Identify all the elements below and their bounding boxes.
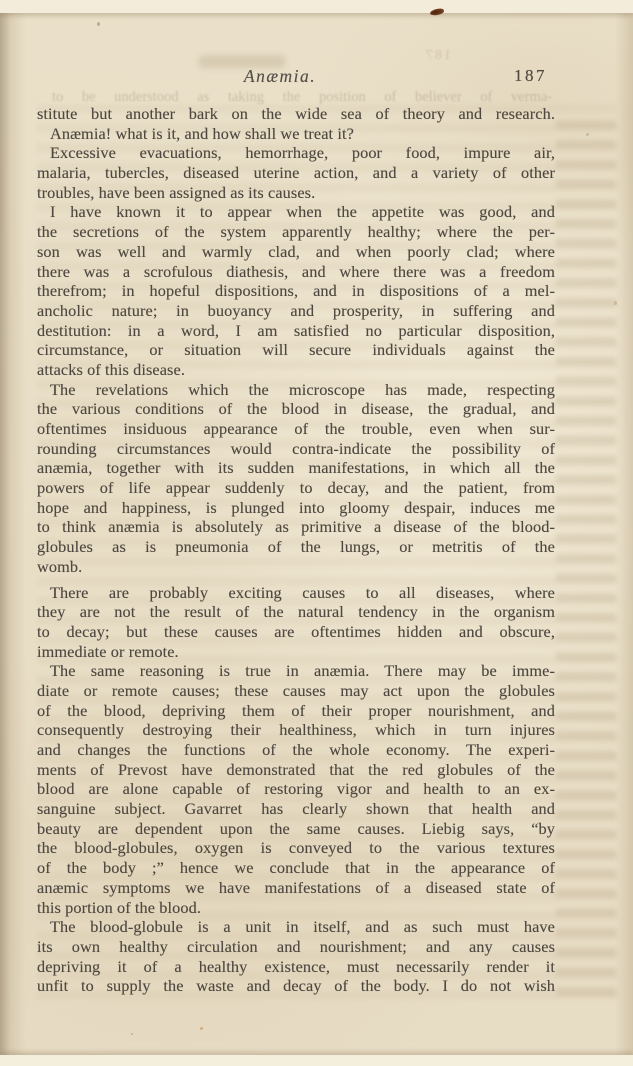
paragraph: Anæmia! what is it, and how shall we tre… [37,124,555,144]
text-line: troubles, have been assigned as its caus… [37,183,555,203]
text-line: they are not the result of the natural t… [37,602,555,622]
text-line: stitute but another bark on the wide sea… [37,104,555,124]
book-page-scan: to be understood as taking the position … [0,0,633,1066]
page-title: Anæmia. [21,66,539,87]
text-line: ments of Prevost have demonstrated that … [37,760,555,780]
paragraph: I have known it to appear when the appet… [37,202,555,379]
bleedthrough-page-number: 187 [424,48,451,64]
text-line: to decay; but these causes are oftentime… [37,622,555,642]
text-line: hope and happiness, is plunged into gloo… [37,498,555,518]
gutter-shadow [0,0,26,1066]
text-block: stitute but another bark on the wide sea… [37,104,555,996]
text-line: sanguine subject. Gavarret has clearly s… [37,799,555,819]
page-number: 187 [514,66,547,86]
text-line: of the blood, depriving them of their pr… [37,701,555,721]
text-line: son was well and warmly clad, and when p… [37,242,555,262]
text-line: The blood-globule is a unit in itself, a… [37,917,555,937]
paragraph: Excessive evacuations, hemorrhage, poor … [37,143,555,202]
foxing-speck [586,133,589,136]
text-line: womb. [37,557,555,577]
adjacent-page-edge-bottom [0,1055,633,1066]
paragraph: The blood-globule is a unit in itself, a… [37,917,555,996]
text-line: the various conditions of the blood in d… [37,399,555,419]
text-line: there was a scrofulous diathesis, and wh… [37,262,555,282]
text-line: malaria, tubercles, diseased uterine act… [37,163,555,183]
paragraph: stitute but another bark on the wide sea… [37,104,555,124]
text-line: beauty are dependent upon the same cause… [37,819,555,839]
text-line: diate or remote causes; these causes may… [37,681,555,701]
bleedthrough-right-margin [556,120,616,1000]
text-line: of the body ;” hence we conclude that in… [37,858,555,878]
text-line: powers of life appear suddenly to decay,… [37,478,555,498]
text-line: unfit to supply the waste and decay of t… [37,976,555,996]
text-line: the blood-globules, oxygen is conveyed t… [37,838,555,858]
text-line: destitution: in a word, I am satisfied n… [37,321,555,341]
adjacent-page-edge-top [0,0,633,13]
text-line: I have known it to appear when the appet… [37,202,555,222]
text-line: immediate or remote. [37,642,555,662]
text-line: ancholic nature; in buoyancy and prosper… [37,301,555,321]
text-line: globules as is pneumonia of the lungs, o… [37,537,555,557]
text-line: and changes the functions of the whole e… [37,740,555,760]
text-line: this portion of the blood. [37,898,555,918]
text-line: to think anæmia is absolutely as primiti… [37,517,555,537]
text-line: The revelations which the microscope has… [37,380,555,400]
text-line: circumstance, or situation will secure i… [37,340,555,360]
text-line: Excessive evacuations, hemorrhage, poor … [37,143,555,163]
page-edge-shadow [615,0,633,1066]
text-line: consequently destroying their healthines… [37,720,555,740]
text-line: anæmic symptoms we have manifestations o… [37,878,555,898]
paragraph: The revelations which the microscope has… [37,380,555,577]
text-line: The same reasoning is true in anæmia. Th… [37,661,555,681]
text-line: There are probably exciting causes to al… [37,583,555,603]
foxing-speck [97,22,100,26]
text-line: depriving it of a healthy existence, mus… [37,957,555,977]
paragraph: The same reasoning is true in anæmia. Th… [37,661,555,917]
text-line: oftentimes insiduous appearance of the t… [37,419,555,439]
text-line: attacks of this disease. [37,360,555,380]
text-line: therefrom; in hopeful dispositions, and … [37,281,555,301]
text-line: Anæmia! what is it, and how shall we tre… [37,124,555,144]
text-line: its own healthy circulation and nourishm… [37,937,555,957]
foxing-speck [614,301,617,305]
running-header: Anæmia. 187 [37,66,555,88]
text-line: the secretions of the system apparently … [37,222,555,242]
paragraph: There are probably exciting causes to al… [37,583,555,662]
text-line: rounding circumstances would contra-indi… [37,439,555,459]
text-line: blood are alone capable of restoring vig… [37,779,555,799]
foxing-speck [200,1027,203,1030]
text-line: anæmia, together with its sudden manifes… [37,458,555,478]
foxing-speck [131,1033,133,1035]
